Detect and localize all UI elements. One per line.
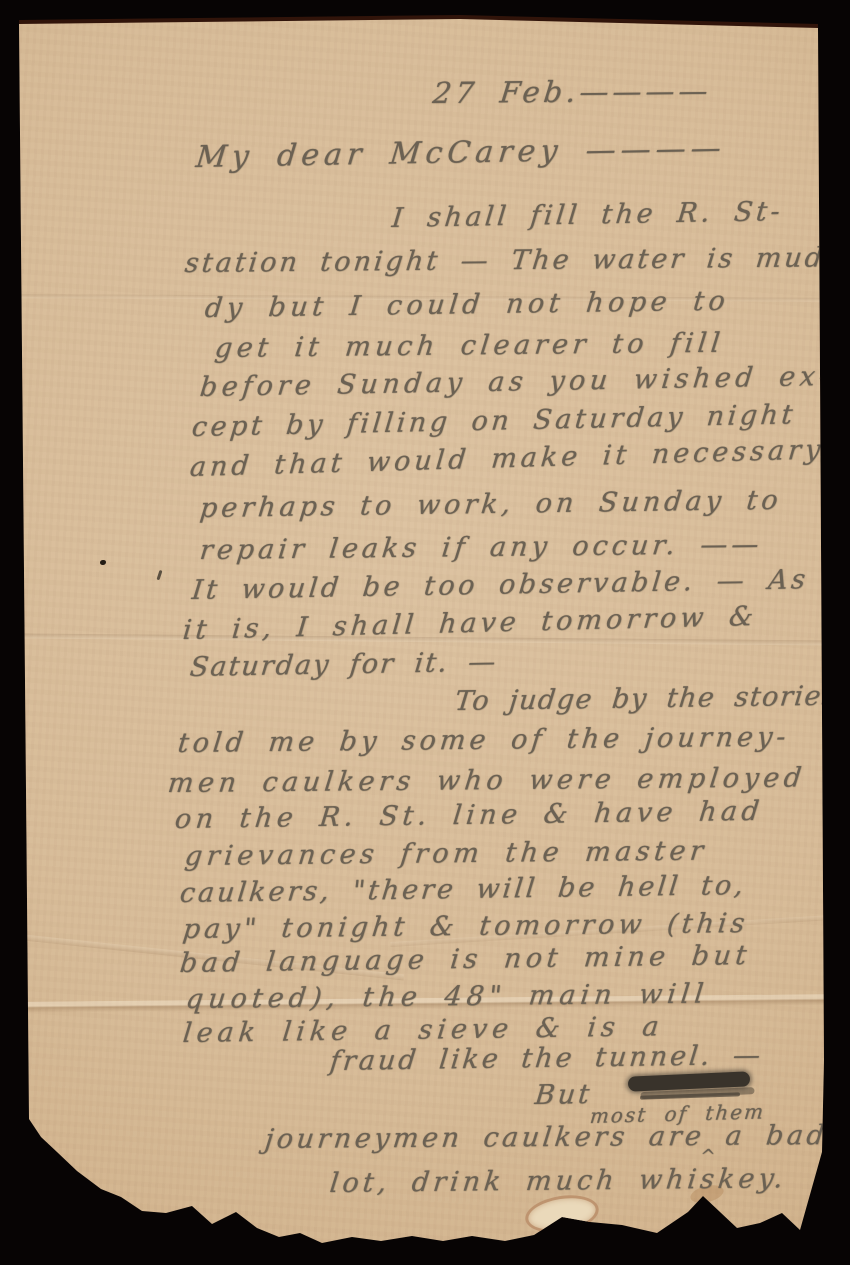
body-line: Saturday for it. — [188, 647, 499, 683]
body-line: lot, drink much whiskey. [328, 1163, 788, 1199]
body-line: It would be too observable. — As [190, 564, 810, 606]
body-line: it is, I shall have tomorrow & [181, 601, 758, 646]
body-line: fraud like the tunnel. — [328, 1040, 764, 1077]
body-line: To judge by the stories [453, 681, 839, 717]
body-line: caulkers, "there will be hell to, [178, 870, 747, 909]
body-line: and that would make it necessary [189, 434, 826, 483]
body-line: I shall fill the R. St- [390, 196, 784, 234]
body-line: perhaps to work, on Sunday to [198, 485, 783, 524]
scanned-letter-photograph: 27 Feb.————My dear McCarey ————I shall f… [0, 0, 850, 1265]
body-line: grievances from the master [183, 836, 709, 873]
body-line: before Sunday as you wished ex- [198, 361, 834, 403]
body-line: cept by filling on Saturday night [190, 399, 797, 443]
date-line: 27 Feb.———— [431, 74, 713, 110]
letter-paper: 27 Feb.————My dear McCarey ————I shall f… [0, 0, 850, 1265]
body-line: station tonight — The water is mud- [183, 242, 839, 279]
body-line: dy but I could not hope to [203, 286, 731, 324]
body-line: on the R. St. line & have had [173, 796, 765, 835]
body-line: get it much clearer to fill [213, 328, 726, 364]
salutation: My dear McCarey ———— [194, 131, 727, 175]
body-line: bad language is not mine but [178, 940, 752, 979]
body-line: told me by some of the journey- [176, 722, 791, 759]
body-line: repair leaks if any occur. —— [198, 529, 764, 566]
body-line: quoted), the 48" main will [184, 979, 710, 1016]
body-line: men caulkers who were employed [166, 762, 807, 799]
body-line: But [533, 1079, 593, 1111]
body-line: journeymen caulkers are a bad [263, 1120, 829, 1155]
body-line: pay" tonight & tomorrow (this [181, 908, 750, 945]
